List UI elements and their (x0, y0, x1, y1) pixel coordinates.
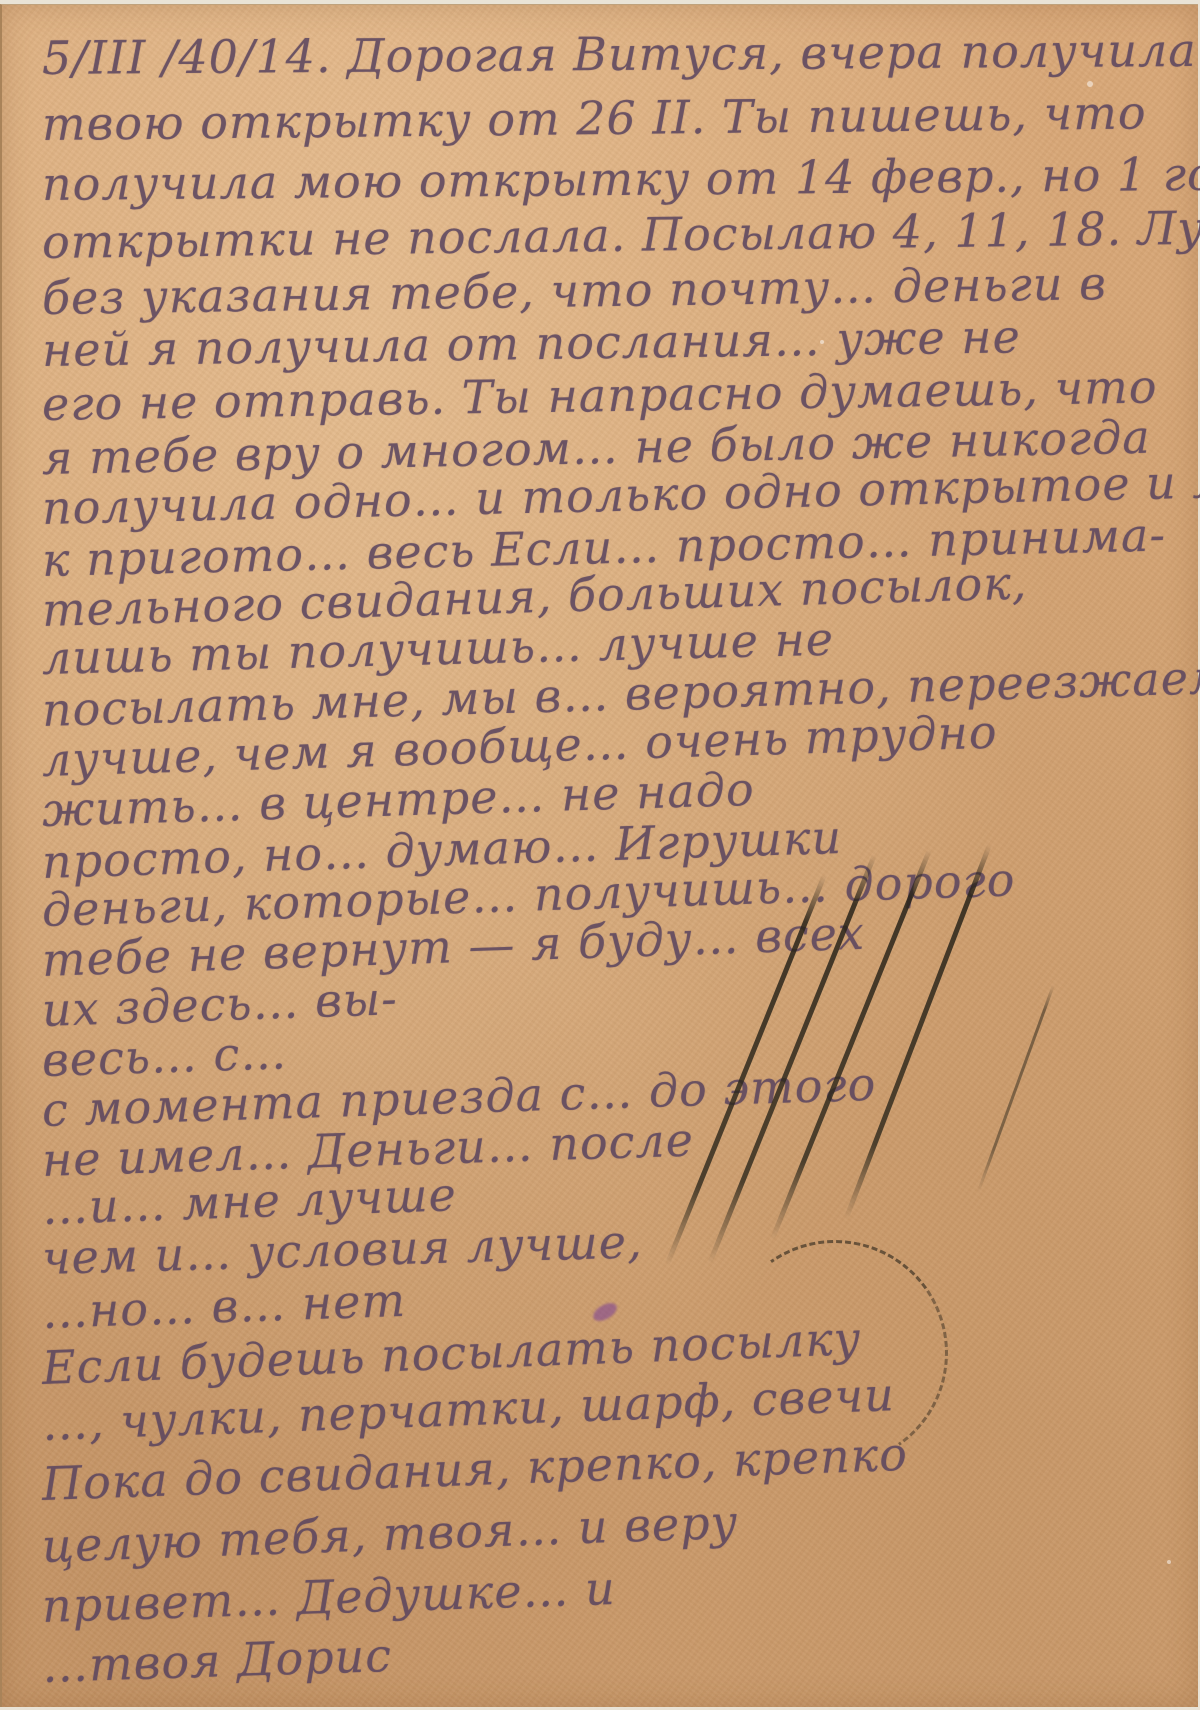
paper-speck (1087, 81, 1093, 87)
text-line: …твоя Дорис (41, 1628, 393, 1693)
text-line: получила мою открытку от 14 февр., но 1 … (42, 146, 1200, 211)
cancellation-line-icon (977, 984, 1055, 1192)
text-line: привет… Дедушке… и (41, 1561, 616, 1633)
postcard: 5/III /40/14. Дорогая Витуся, вчера полу… (0, 4, 1198, 1707)
paper-speck (820, 340, 824, 344)
paper-speck (1167, 1560, 1171, 1564)
text-line: твою открытку от 26 II. Ты пишешь, что (42, 85, 1147, 151)
text-line: 5/III /40/14. Дорогая Витуся, вчера полу… (42, 23, 1197, 85)
